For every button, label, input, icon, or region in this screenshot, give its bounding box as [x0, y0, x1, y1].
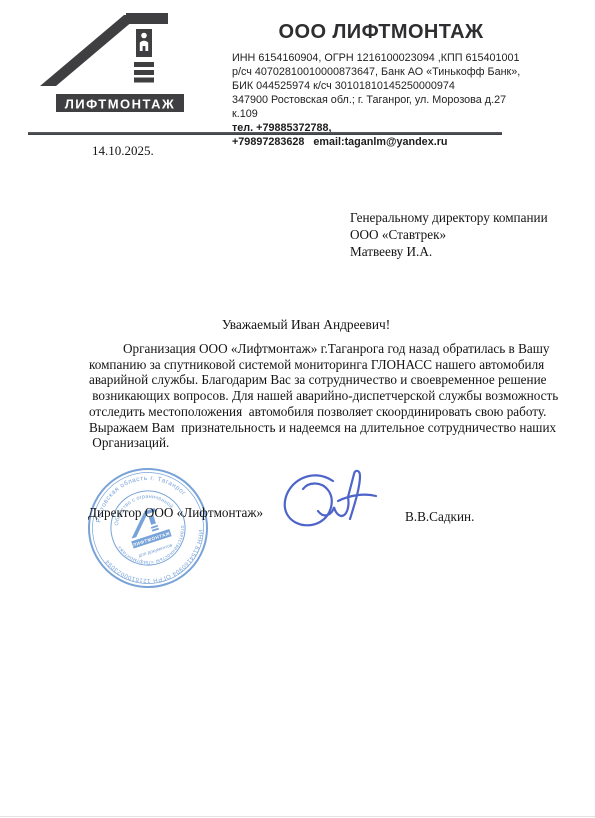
- scan-edge-shadow: [0, 816, 595, 817]
- lift-top-bar: [126, 13, 168, 24]
- header-separator-line: [28, 132, 502, 135]
- body-line: компанию за спутниковой системой монитор…: [89, 357, 527, 373]
- header-detail-bik: БИК 044525974 к/сч 30101810145250000974: [232, 79, 530, 93]
- body-paragraph: Организация ООО «Лифтмонтаж» г.Таганрога…: [89, 341, 527, 451]
- email-address: email:taganlm@yandex.ru: [313, 136, 447, 148]
- recipient-block: Генеральному директору компании ООО «Ста…: [350, 209, 548, 261]
- logo-banner-label: ЛИФТМОНТАЖ: [65, 97, 176, 112]
- letter-date: 14.10.2025.: [92, 143, 154, 159]
- body-line: Выражаем Вам признательность и надеемся …: [89, 420, 527, 436]
- signature-title: Директор ООО «Лифтмонтаж»: [88, 505, 263, 521]
- body-line: отследить местоположения автомобиля позв…: [89, 404, 527, 420]
- body-line: аварийной службы. Благодарим Вас за сотр…: [89, 372, 527, 388]
- lift-ramp-shape: [40, 15, 140, 86]
- logo-stripe: [134, 78, 154, 83]
- company-seal-stamp: Ростовская область г. Таганрог ИНН 61541…: [83, 463, 213, 593]
- recipient-company: ООО «Ставтрек»: [350, 226, 548, 243]
- letterhead: ООО ЛИФТМОНТАЖ ИНН 6154160904, ОГРН 1216…: [232, 21, 530, 149]
- signatory-name: В.В.Садкин.: [405, 509, 474, 525]
- signature-loop-stroke: [285, 475, 333, 525]
- header-detail-inn: ИНН 6154160904, ОГРН 1216100023094 ,КПП …: [232, 51, 530, 65]
- header-detail-account: р/сч 40702810010000873647, Банк АО «Тинь…: [232, 65, 530, 79]
- handwritten-signature: [278, 461, 382, 541]
- scanned-letter-page: ЛИФТМОНТАЖ ООО ЛИФТМОНТАЖ ИНН 6154160904…: [0, 0, 595, 818]
- salutation: Уважаемый Иван Андреевич!: [88, 317, 524, 333]
- body-line: Организация ООО «Лифтмонтаж» г.Таганрога…: [89, 341, 527, 357]
- body-line: возникающих вопросов. Для нашей аварийно…: [89, 388, 527, 404]
- logo-stripe: [134, 62, 154, 67]
- company-name: ООО ЛИФТМОНТАЖ: [232, 21, 530, 44]
- body-line: Организаций.: [89, 435, 527, 451]
- liftmontazh-logo: ЛИФТМОНТАЖ: [30, 10, 190, 115]
- stamp-second-ring: [83, 463, 213, 593]
- recipient-position: Генеральному директору компании: [350, 209, 548, 226]
- recipient-person: Матвееву И.А.: [350, 243, 548, 260]
- logo-stripe: [134, 70, 154, 75]
- header-detail-address: 347900 Ростовская обл.; г. Таганрог, ул.…: [232, 93, 530, 121]
- stamp-outer-ring: [83, 463, 213, 593]
